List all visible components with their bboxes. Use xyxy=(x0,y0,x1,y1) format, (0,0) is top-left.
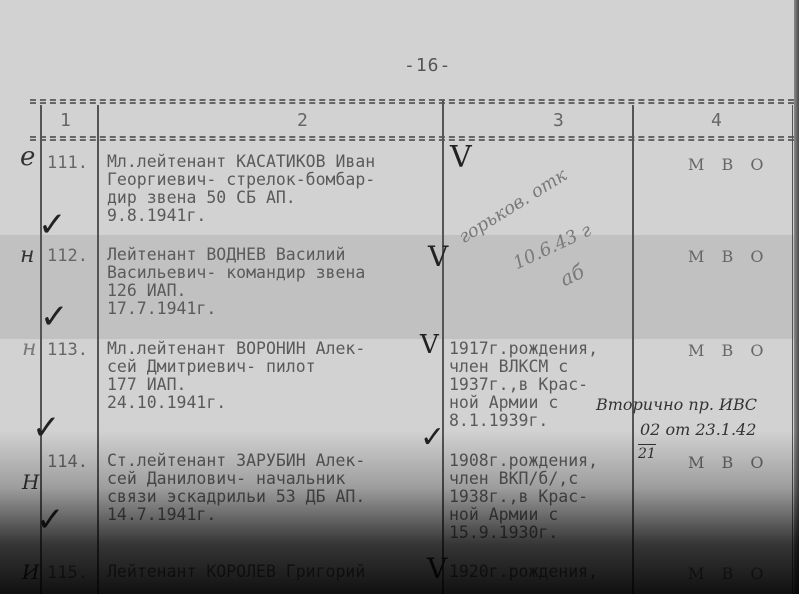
row-details: 1908г.рождения, член ВКП/б/,с 1938г.,в К… xyxy=(449,452,598,542)
archive-document-page: -16- 1 2 3 4 е 111. Мл.лейтенант КАСАТИК… xyxy=(0,0,799,594)
header-top-rule xyxy=(30,99,794,104)
column-header-1: 1 xyxy=(60,110,71,131)
v-check-mark: V xyxy=(428,240,448,273)
column-divider xyxy=(97,105,99,594)
row-number: 111. xyxy=(47,153,88,173)
check-mark-icon: ✓ xyxy=(420,420,445,455)
margin-mark: Н xyxy=(22,470,39,494)
margin-mark: н xyxy=(20,243,35,268)
row-number: 112. xyxy=(47,246,88,266)
margin-mark: е xyxy=(20,142,35,172)
row-description: Мл.лейтенант КАСАТИКОВ Иван Георгиевич- … xyxy=(107,153,375,225)
row-description: Лейтенант КОРОЛЕВ Григорий xyxy=(107,563,365,581)
handwritten-note-line: 21 xyxy=(638,444,656,462)
row-details: 1920г.рождения, xyxy=(449,563,598,581)
row-description: Ст.лейтенант ЗАРУБИН Алек- сей Данилович… xyxy=(107,452,365,524)
margin-mark: н xyxy=(22,336,37,361)
district-label: М В О xyxy=(688,453,769,472)
row-description: Мл.лейтенант ВОРОНИН Алек- сей Дмитриеви… xyxy=(107,340,365,412)
column-header-3: 3 xyxy=(553,110,564,131)
check-mark-icon: ✓ xyxy=(32,408,61,448)
v-check-mark: V xyxy=(450,140,472,175)
column-header-4: 4 xyxy=(711,110,722,131)
column-header-2: 2 xyxy=(297,110,308,131)
check-mark-icon: ✓ xyxy=(38,205,67,245)
column-divider xyxy=(632,105,634,594)
handwritten-note-line: Вторично пр. ИВС xyxy=(596,395,757,414)
page-number: -16- xyxy=(404,55,451,76)
header-bottom-rule xyxy=(30,136,794,141)
district-label: М В О xyxy=(688,564,769,583)
row-number: 114. xyxy=(47,452,88,472)
v-check-mark: V xyxy=(427,552,447,585)
v-check-mark: V xyxy=(420,330,439,360)
page-edge-shadow xyxy=(794,0,799,594)
district-label: М В О xyxy=(688,247,769,266)
check-mark-icon: ✓ xyxy=(40,297,69,337)
row-number: 113. xyxy=(47,340,88,360)
column-divider xyxy=(792,105,793,594)
district-label: М В О xyxy=(688,155,769,174)
district-label: М В О xyxy=(688,341,769,360)
row-number: 115. xyxy=(47,563,88,583)
column-divider xyxy=(442,100,444,594)
row-details: 1917г.рождения, член ВЛКСМ с 1937г.,в Кр… xyxy=(449,340,598,430)
handwritten-note-line: 02 от 23.1.42 xyxy=(640,420,756,439)
check-mark-icon: ✓ xyxy=(36,500,65,540)
margin-mark: И xyxy=(22,560,39,584)
row-description: Лейтенант ВОДНЕВ Василий Васильевич- ком… xyxy=(107,246,365,318)
